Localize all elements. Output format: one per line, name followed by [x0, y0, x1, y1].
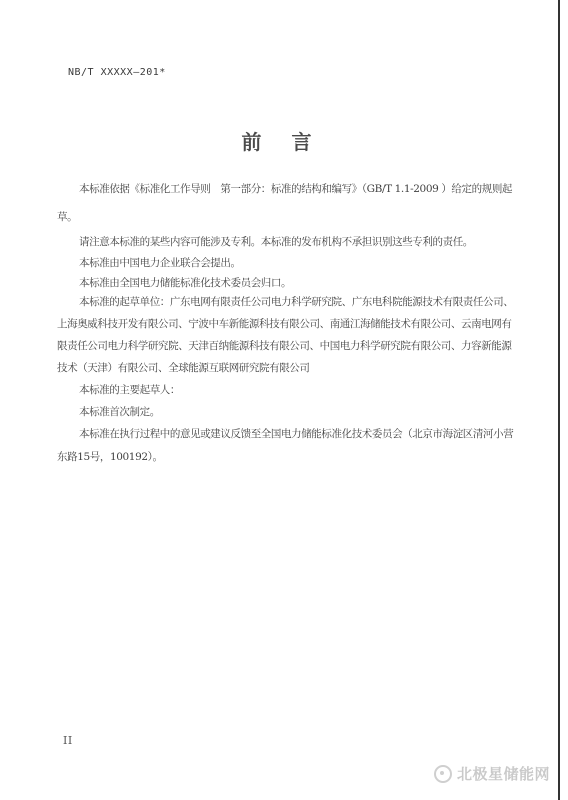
polaris-logo-icon [434, 765, 452, 783]
foreword-line: 本标准由中国电力企业联合会提出。 [57, 257, 549, 270]
standard-code-header: NB/T XXXXX—201* [68, 67, 166, 78]
foreword-line: 本标准由全国电力储能标准化技术委员会归口。 [57, 277, 549, 290]
foreword-line: 草。 [57, 211, 527, 224]
foreword-line: 本标准的起草单位：广东电网有限责任公司电力科学研究院、广东电科院能源技术有限责任… [57, 296, 549, 309]
foreword-line: 上海奥威科技开发有限公司、宁波中车新能源科技有限公司、南通江海储能技术有限公司、… [57, 318, 527, 331]
watermark: 北极星储能网 [434, 763, 550, 784]
scan-border-line [558, 0, 560, 800]
foreword-line: 请注意本标准的某些内容可能涉及专利。本标准的发布机构不承担识别这些专利的责任。 [57, 236, 549, 249]
page-title: 前 言 [0, 126, 558, 155]
polaris-logo-dot [440, 771, 444, 775]
watermark-site-name: 北极星储能网 [457, 763, 550, 784]
foreword-line: 东路15号，100192）。 [57, 451, 527, 464]
foreword-line: 限责任公司电力科学研究院、天津百纳能源科技有限公司、中国电力科学研究院有限公司、… [57, 340, 527, 353]
foreword-line: 技术（天津）有限公司、全球能源互联网研究院有限公司 [57, 362, 527, 375]
foreword-line: 本标准在执行过程中的意见或建议反馈至全国电力储能标准化技术委员会（北京市海淀区清… [57, 428, 549, 441]
foreword-line: 本标准首次制定。 [57, 406, 549, 419]
page-number: II [63, 734, 73, 747]
foreword-line: 本标准依据《标准化工作导则 第一部分：标准的结构和编写》（GB/T 1.1-20… [57, 183, 549, 196]
foreword-line: 本标准的主要起草人： [57, 384, 549, 397]
document-page: NB/T XXXXX—201* 前 言 本标准依据《标准化工作导则 第一部分：标… [0, 0, 568, 800]
